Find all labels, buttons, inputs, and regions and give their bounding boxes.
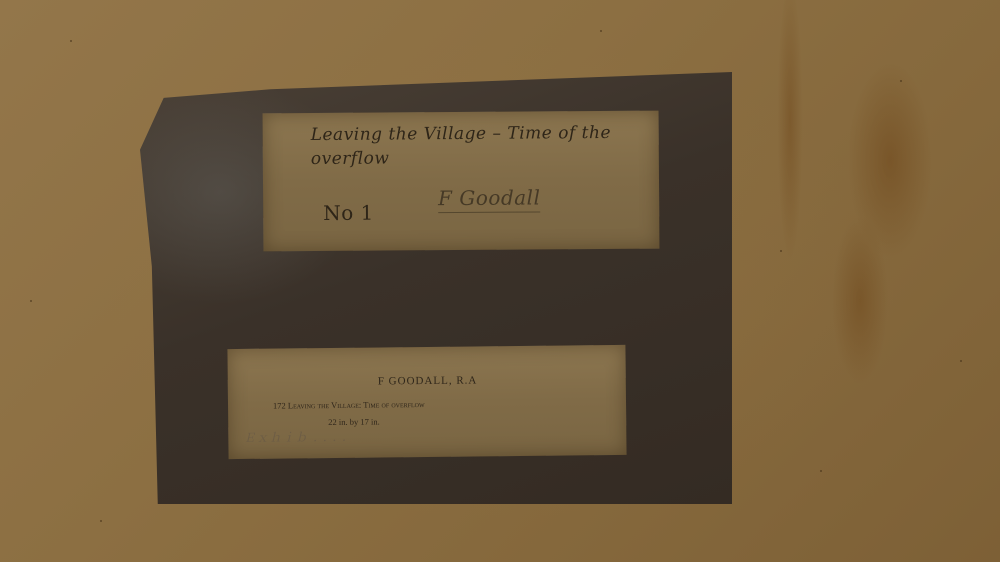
handwritten-title: Leaving the Village – Time of the overfl… bbox=[311, 121, 651, 171]
printed-catalogue-title: 172 Leaving the Village: Time of overflo… bbox=[273, 399, 425, 411]
handwritten-label: Leaving the Village – Time of the overfl… bbox=[263, 111, 660, 252]
board-speck bbox=[30, 300, 32, 302]
board-speck bbox=[960, 360, 962, 362]
board-speck bbox=[780, 250, 782, 252]
board-speck bbox=[70, 40, 72, 42]
board-speck bbox=[820, 470, 822, 472]
printed-catalogue-label: F GOODALL, R.A 172 Leaving the Village: … bbox=[227, 345, 626, 459]
board-speck bbox=[600, 30, 602, 32]
printed-dimensions: 22 in. by 17 in. bbox=[328, 416, 380, 427]
pencil-inscription: Ｅｘｈｉｂ . . . . bbox=[243, 428, 347, 446]
artist-signature: F Goodall bbox=[438, 185, 540, 213]
handwritten-number: No 1 bbox=[323, 201, 374, 225]
printed-artist-name: F GOODALL, R.A bbox=[378, 374, 478, 387]
board-speck bbox=[100, 520, 102, 522]
board-speck bbox=[900, 80, 902, 82]
